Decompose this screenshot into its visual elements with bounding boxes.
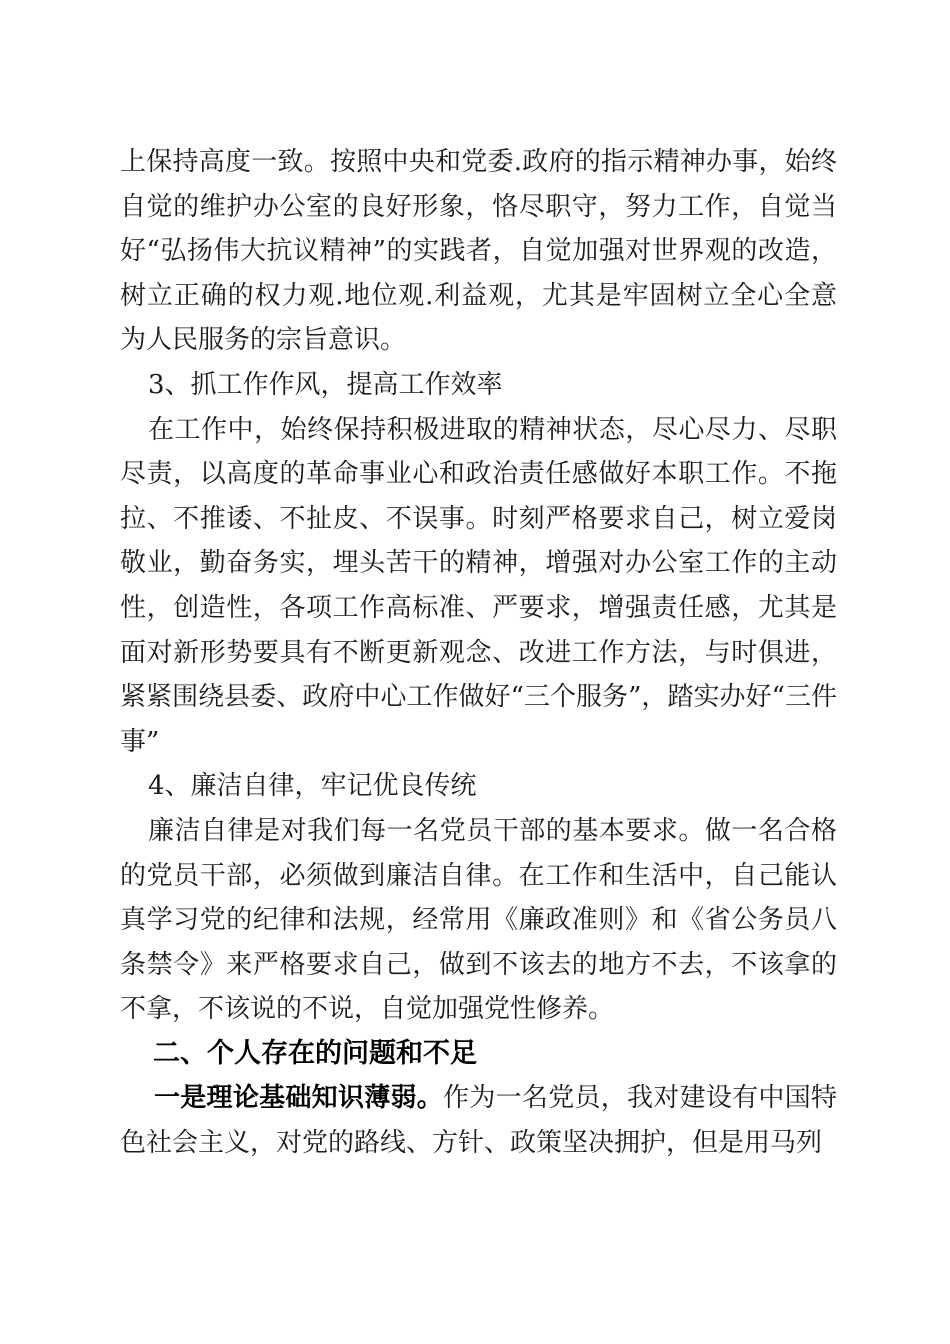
- paragraph-political-stance: 上保持高度一致。按照中央和党委.政府的指示精神办事，始终自觉的维护办公室的良好形…: [120, 140, 837, 363]
- section-heading-problems: 二、个人存在的问题和不足: [120, 1032, 837, 1077]
- paragraph-work-style: 在工作中，始终保持积极进取的精神状态，尽心尽力、尽职尽责，以高度的革命事业心和政…: [120, 408, 837, 765]
- subheading-integrity: 4、廉洁自律，牢记优良传统: [120, 764, 837, 809]
- lead-bold-text: 一是理论基础知识薄弱。: [154, 1083, 443, 1113]
- subheading-work-style: 3、抓工作作风，提高工作效率: [120, 363, 837, 408]
- paragraph-integrity: 廉洁自律是对我们每一名党员干部的基本要求。做一名合格的党员干部，必须做到廉洁自律…: [120, 809, 837, 1032]
- paragraph-theory-weakness: 一是理论基础知识薄弱。作为一名党员，我对建设有中国特色社会主义，对党的路线、方针…: [120, 1076, 837, 1165]
- document-text-block: 上保持高度一致。按照中央和党委.政府的指示精神办事，始终自觉的维护办公室的良好形…: [120, 140, 837, 1166]
- document-page: 上保持高度一致。按照中央和党委.政府的指示精神办事，始终自觉的维护办公室的良好形…: [0, 0, 950, 1344]
